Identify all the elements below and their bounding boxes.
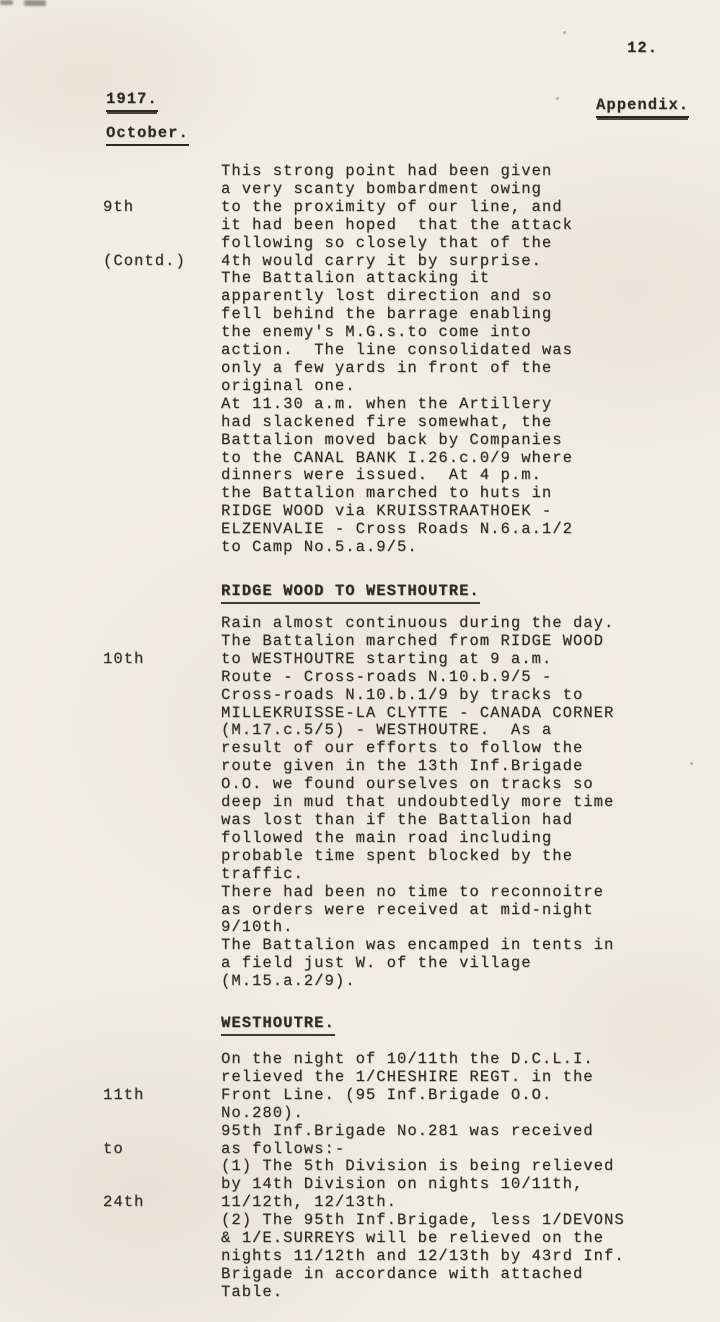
- entry-oct-9: 9th (Contd.) This strong point had been …: [0, 163, 720, 557]
- entry-date-line: 9th: [103, 199, 186, 217]
- entry-text-line: At 11.30 a.m. when the Artillery: [221, 396, 720, 414]
- entry-date-line: 10th: [103, 651, 165, 669]
- paper-speck: [556, 97, 559, 100]
- entry-text-line: to the proximity of our line, and: [221, 199, 720, 217]
- entry-text-line: (M.15.a.2/9).: [221, 973, 720, 991]
- entry-text-line: The Battalion was encamped in tents in: [221, 937, 720, 955]
- entry-text-line: traffic.: [221, 866, 720, 884]
- entry-text-line: The Battalion marched from RIDGE WOOD: [221, 633, 720, 651]
- entry-text-line: Rain almost continuous during the day.: [221, 615, 720, 633]
- page-number: 12.: [627, 40, 658, 58]
- year-heading-text: 1917.: [106, 91, 158, 112]
- appendix-label: Appendix.: [596, 97, 689, 118]
- entry-text-line: 4th would carry it by surprise.: [221, 253, 720, 271]
- entry-text-line: as follows:-: [221, 1141, 720, 1159]
- entry-text-line: (M.17.c.5/5) - WESTHOUTRE. As a: [221, 722, 720, 740]
- entry-text-line: only a few yards in front of the: [221, 360, 720, 378]
- entry-text-line: following so closely that of the: [221, 235, 720, 253]
- entry-date-line: 24th: [103, 1194, 165, 1212]
- entry-text-line: to the CANAL BANK I.26.c.0/9 where: [221, 450, 720, 468]
- entry-text-line: Front Line. (95 Inf.Brigade O.O.: [221, 1087, 720, 1105]
- entry-text-line: relieved the 1/CHESHIRE REGT. in the: [221, 1069, 720, 1087]
- entry-text-line: The Battalion attacking it: [221, 270, 720, 288]
- entry-text-line: nights 11/12th and 12/13th by 43rd Inf.: [221, 1248, 720, 1266]
- section-heading-westhoutre: WESTHOUTRE.: [221, 1015, 335, 1036]
- scan-smudge: [0, 0, 13, 5]
- entry-date-line: 11th: [103, 1087, 165, 1105]
- entry-text-line: Table.: [221, 1284, 720, 1302]
- entry-text-line: MILLEKRUISSE-LA CLYTTE - CANADA CORNER: [221, 705, 720, 723]
- entry-text-line: probable time spent blocked by the: [221, 848, 720, 866]
- entry-text-line: 9/10th.: [221, 919, 720, 937]
- diary-page: 12. 1917. Appendix. October. 9th (Contd.…: [0, 0, 720, 1322]
- entry-text-line: fell behind the barrage enabling: [221, 306, 720, 324]
- entry-text-line: RIDGE WOOD via KRUISSTRAATHOEK -: [221, 503, 720, 521]
- appendix-label-text: Appendix.: [596, 97, 689, 118]
- entry-text-line: (1) The 5th Division is being relieved: [221, 1158, 720, 1176]
- entry-text-line: apparently lost direction and so: [221, 288, 720, 306]
- entry-text-line: Battalion moved back by Companies: [221, 432, 720, 450]
- scan-smudge: [24, 0, 46, 6]
- entry-text-line: a very scanty bombardment owing: [221, 181, 720, 199]
- entry-text-line: it had been hoped that the attack: [221, 217, 720, 235]
- entry-text-line: original one.: [221, 378, 720, 396]
- entry-text-line: result of our efforts to follow the: [221, 740, 720, 758]
- entry-date: 9th (Contd.): [103, 163, 186, 306]
- entry-text-line: by 14th Division on nights 10/11th,: [221, 1176, 720, 1194]
- entry-text-line: dinners were issued. At 4 p.m.: [221, 467, 720, 485]
- entry-text-line: the Battalion marched to huts in: [221, 485, 720, 503]
- entry-text-line: No.280).: [221, 1105, 720, 1123]
- entry-text-line: deep in mud that undoubtedly more time: [221, 794, 720, 812]
- entry-text-line: ELZENVALIE - Cross Roads N.6.a.1/2: [221, 521, 720, 539]
- paper-speck: [563, 31, 566, 34]
- entry-text-line: 95th Inf.Brigade No.281 was received: [221, 1123, 720, 1141]
- entry-oct-10: 10th Rain almost continuous during the d…: [0, 615, 720, 991]
- entry-date: 10th: [103, 615, 165, 705]
- month-heading-text: October.: [106, 125, 189, 146]
- entry-text-line: O.O. we found ourselves on tracks so: [221, 776, 720, 794]
- entry-text-line: to Camp No.5.a.9/5.: [221, 539, 720, 557]
- entry-text-line: the enemy's M.G.s.to come into: [221, 324, 720, 342]
- entry-text-line: & 1/E.SURREYS will be relieved on the: [221, 1230, 720, 1248]
- entry-text-line: (2) The 95th Inf.Brigade, less 1/DEVONS: [221, 1212, 720, 1230]
- entry-text-line: There had been no time to reconnoitre: [221, 884, 720, 902]
- entry-date-line: (Contd.): [103, 253, 186, 271]
- entry-text-line: had slackened fire somewhat, the: [221, 414, 720, 432]
- entry-oct-11-24: 11th to 24th On the night of 10/11th the…: [0, 1051, 720, 1302]
- entry-text-line: Brigade in accordance with attached: [221, 1266, 720, 1284]
- entry-text-line: On the night of 10/11th the D.C.L.I.: [221, 1051, 720, 1069]
- year-heading: 1917.: [106, 91, 158, 112]
- entry-text-line: was lost than if the Battalion had: [221, 812, 720, 830]
- entry-date: 11th to 24th: [103, 1051, 165, 1248]
- entry-text-line: route given in the 13th Inf.Brigade: [221, 758, 720, 776]
- entry-text-line: Route - Cross-roads N.10.b.9/5 -: [221, 669, 720, 687]
- entry-body: Rain almost continuous during the day. T…: [221, 615, 720, 991]
- entry-body: On the night of 10/11th the D.C.L.I. rel…: [221, 1051, 720, 1302]
- entry-text-line: This strong point had been given: [221, 163, 720, 181]
- entry-text-line: as orders were received at mid-night: [221, 902, 720, 920]
- month-heading: October.: [106, 125, 189, 146]
- entry-text-line: action. The line consolidated was: [221, 342, 720, 360]
- entry-text-line: Cross-roads N.10.b.1/9 by tracks to: [221, 687, 720, 705]
- entry-date-line: to: [103, 1141, 165, 1159]
- entry-text-line: 11/12th, 12/13th.: [221, 1194, 720, 1212]
- entry-text-line: followed the main road including: [221, 830, 720, 848]
- section-heading-ridge-wood: RIDGE WOOD TO WESTHOUTRE.: [221, 583, 480, 604]
- entry-body: This strong point had been given a very …: [221, 163, 720, 557]
- entry-text-line: a field just W. of the village: [221, 955, 720, 973]
- entry-text-line: to WESTHOUTRE starting at 9 a.m.: [221, 651, 720, 669]
